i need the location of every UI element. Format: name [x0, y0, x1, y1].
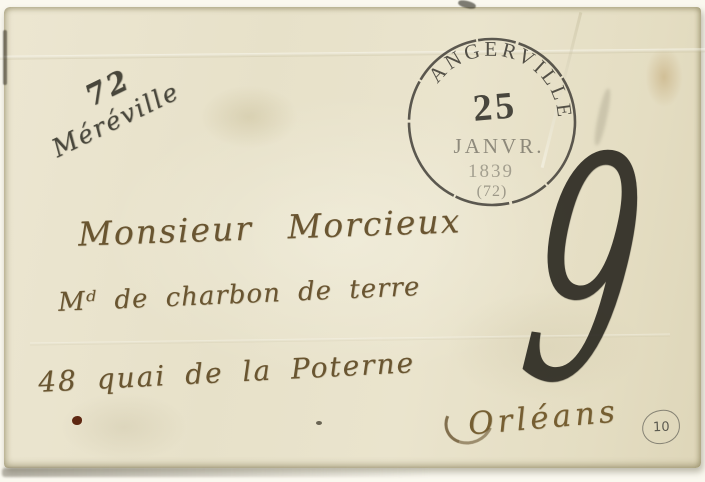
collector-mark-number: 10	[652, 419, 669, 435]
datestamp-month: JANVR.	[454, 134, 545, 158]
scan-shadow	[2, 468, 432, 477]
datestamp-day: 25	[471, 84, 518, 130]
datestamp-year: 1839	[468, 161, 514, 182]
datestamp-department: (72)	[477, 183, 508, 200]
ink-speck	[316, 421, 322, 425]
edge-ink-mark	[3, 30, 7, 85]
scan-background: 72 Méréville ANGERVILLE 25 JANVR. 1839 (…	[0, 0, 705, 482]
wax-spot	[72, 416, 82, 425]
